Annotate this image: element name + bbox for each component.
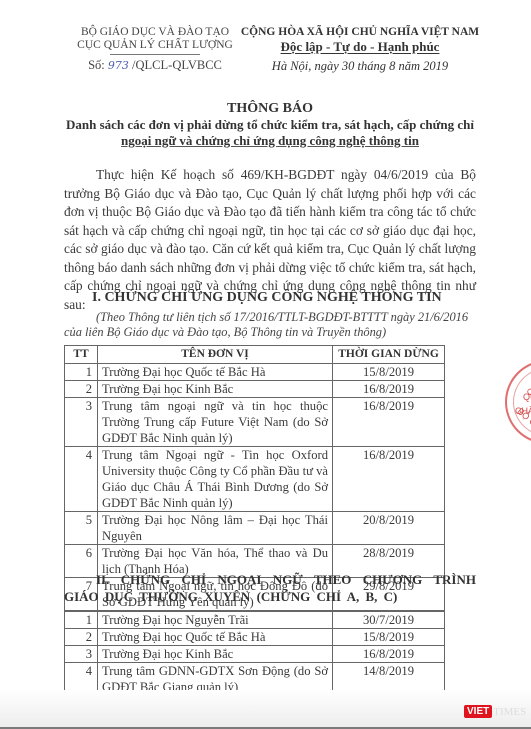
table-row: 2Trường Đại học Quốc tế Bắc Hà15/8/2019 <box>65 629 445 646</box>
cell-date: 16/8/2019 <box>333 646 445 663</box>
cell-tt: 5 <box>65 512 98 545</box>
cell-date: 16/8/2019 <box>333 398 445 447</box>
section-1-heading: I. CHỨNG CHỈ ỨNG DỤNG CÔNG NGHỆ THÔNG TI… <box>92 290 442 306</box>
table-row: 1Trường Đại học Nguyễn Trãi30/7/2019 <box>65 612 445 629</box>
cell-date: 20/8/2019 <box>333 512 445 545</box>
section-2-heading: II. CHỨNG CHỈ NGOẠI NGỮ THEO CHƯƠNG TRÌN… <box>64 571 476 605</box>
table-row: 3Trường Đại học Kinh Bắc16/8/2019 <box>65 646 445 663</box>
cell-name: Trung tâm Ngoại ngữ - Tin học Oxford Uni… <box>98 447 333 512</box>
cell-name: Trường Đại học Nông lâm – Đại học Thái N… <box>98 512 333 545</box>
table-row: 4Trung tâm Ngoại ngữ - Tin học Oxford Un… <box>65 447 445 512</box>
cell-date: 16/8/2019 <box>333 447 445 512</box>
section-2-table: 1Trường Đại học Nguyễn Trãi30/7/20192Trư… <box>64 611 445 696</box>
red-seal-stamp: CỘNG HÒA QU CHÂ BỘ GIÁO D <box>505 360 531 444</box>
table-header-row: TT TÊN ĐƠN VỊ THỜI GIAN DỪNG <box>65 346 445 364</box>
cell-tt: 3 <box>65 646 98 663</box>
section-1-note: (Theo Thông tư liên tịch số 17/2016/TTLT… <box>64 310 476 340</box>
document-subtitle: Danh sách các đơn vị phải dừng tổ chức k… <box>60 117 480 149</box>
cell-tt: 4 <box>65 447 98 512</box>
ministry-name: BỘ GIÁO DỤC VÀ ĐÀO TẠO <box>60 26 250 39</box>
footer-bar <box>0 690 531 729</box>
cell-name: Trường Đại học Quốc tế Bắc Hà <box>98 629 333 646</box>
cell-date: 15/8/2019 <box>333 364 445 381</box>
national-motto: Độc lập - Tự do - Hạnh phúc <box>240 39 480 54</box>
cell-name: Trường Đại học Nguyễn Trãi <box>98 612 333 629</box>
place-date: Hà Nội, ngày 30 tháng 8 năm 2019 <box>240 59 480 74</box>
national-header-block: CỘNG HÒA XÃ HỘI CHỦ NGHĨA VIỆT NAM Độc l… <box>240 26 480 74</box>
table-row: 5Trường Đại học Nông lâm – Đại học Thái … <box>65 512 445 545</box>
agency-name: CỤC QUẢN LÝ CHẤT LƯỢNG <box>60 39 250 52</box>
table-row: 3Trung tâm ngoại ngữ và tin học thuộc Tr… <box>65 398 445 447</box>
handwritten-number: 973 <box>108 59 129 72</box>
cell-tt: 2 <box>65 381 98 398</box>
table-row: 1Trường Đại học Quốc tế Bắc Hà15/8/2019 <box>65 364 445 381</box>
nation-name: CỘNG HÒA XÃ HỘI CHỦ NGHĨA VIỆT NAM <box>240 26 480 39</box>
cell-name: Trường Đại học Kinh Bắc <box>98 646 333 663</box>
cell-tt: 1 <box>65 612 98 629</box>
cell-date: 30/7/2019 <box>333 612 445 629</box>
col-name: TÊN ĐƠN VỊ <box>98 346 333 364</box>
document-page: BỘ GIÁO DỤC VÀ ĐÀO TẠO CỤC QUẢN LÝ CHẤT … <box>0 0 531 729</box>
viettimes-logo: VIET TIMES <box>464 704 526 719</box>
cell-date: 16/8/2019 <box>333 381 445 398</box>
cell-name: Trường Đại học Quốc tế Bắc Hà <box>98 364 333 381</box>
document-title: THÔNG BÁO <box>60 100 480 117</box>
cell-name: Trường Đại học Kinh Bắc <box>98 381 333 398</box>
cell-tt: 3 <box>65 398 98 447</box>
cell-tt: 2 <box>65 629 98 646</box>
cell-date: 15/8/2019 <box>333 629 445 646</box>
cell-tt: 1 <box>65 364 98 381</box>
col-tt: TT <box>65 346 98 364</box>
document-number: Số: 973 /QLCL-QLVBCC <box>60 59 250 72</box>
cell-name: Trung tâm ngoại ngữ và tin học thuộc Trư… <box>98 398 333 447</box>
issuing-agency-block: BỘ GIÁO DỤC VÀ ĐÀO TẠO CỤC QUẢN LÝ CHẤT … <box>60 26 250 72</box>
col-date: THỜI GIAN DỪNG <box>333 346 445 364</box>
table-row: 2Trường Đại học Kinh Bắc16/8/2019 <box>65 381 445 398</box>
divider <box>110 54 200 55</box>
